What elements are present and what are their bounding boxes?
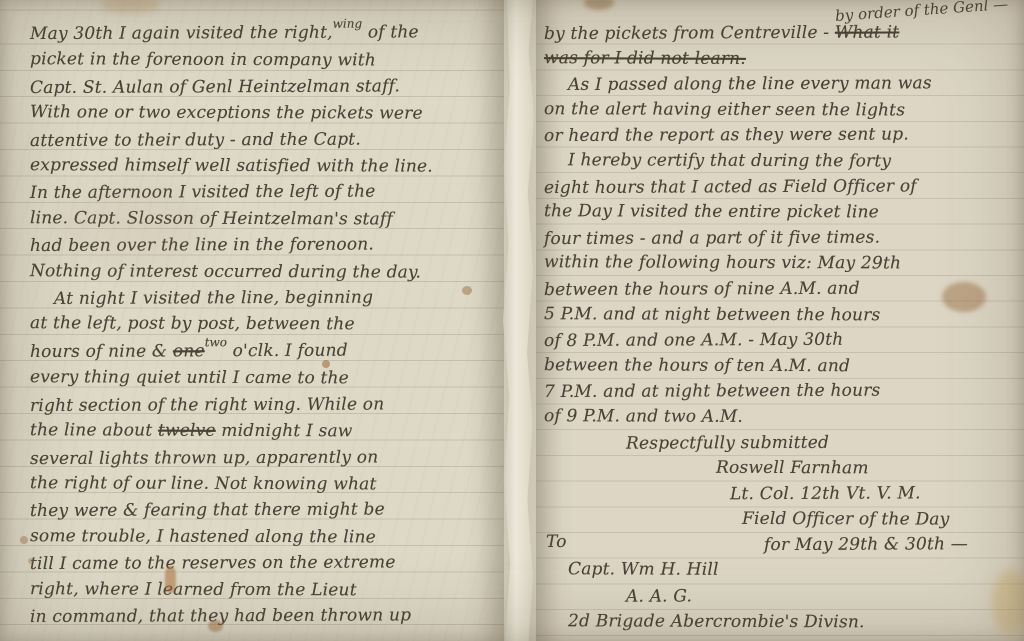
page-torn-edge bbox=[499, 0, 539, 641]
manuscript-line: of 8 P.M. and one A.M. - May 30th bbox=[544, 327, 1020, 355]
handwritten-text: on the alert having either seen the ligh… bbox=[544, 99, 905, 120]
manuscript-line: the line about twelve midnight I saw bbox=[30, 417, 500, 445]
manuscript-photo: May 30th I again visited the right,wing … bbox=[0, 0, 1024, 641]
handwritten-text: With one or two exceptions the pickets w… bbox=[30, 102, 423, 123]
manuscript-line: line. Capt. Slosson of Heintzelman's sta… bbox=[30, 205, 500, 233]
manuscript-line: they were & fearing that there might be bbox=[30, 496, 500, 524]
manuscript-line: was for I did not learn. bbox=[544, 46, 1020, 73]
manuscript-line: of 9 P.M. and two A.M. bbox=[544, 404, 1020, 431]
handwritten-text: by the pickets from Centreville - bbox=[544, 23, 835, 44]
manuscript-line: at the left, post by post, between the bbox=[30, 311, 500, 339]
manuscript-line: on the alert having either seen the ligh… bbox=[544, 97, 1020, 124]
manuscript-line: At night I visited the line, beginning bbox=[30, 284, 500, 312]
manuscript-line: had been over the line in the forenoon. bbox=[30, 231, 500, 259]
manuscript-line: within the following hours viz: May 29th bbox=[544, 251, 1020, 278]
handwritten-text: attentive to their duty - and the Capt. bbox=[30, 129, 361, 150]
handwritten-text: they were & fearing that there might be bbox=[30, 500, 385, 522]
handwritten-text: May 30th I again visited the right, bbox=[30, 23, 333, 44]
handwritten-text: of 9 P.M. and two A.M. bbox=[544, 406, 743, 427]
manuscript-line: eight hours that I acted as Field Office… bbox=[544, 174, 1020, 202]
struck-out-text: twelve bbox=[158, 421, 216, 441]
manuscript-line: Field Officer of the Day bbox=[544, 506, 1020, 533]
handwritten-text: within the following hours viz: May 29th bbox=[544, 253, 901, 274]
handwritten-text: four times - and a part of it five times… bbox=[544, 227, 880, 248]
manuscript-line: the Day I visited the entire picket line bbox=[544, 199, 1020, 226]
handwritten-text: Roswell Farnham bbox=[716, 458, 869, 479]
manuscript-line: In the afternoon I visited the left of t… bbox=[30, 178, 500, 206]
manuscript-line: Nothing of interest occurred during the … bbox=[30, 258, 500, 286]
manuscript-line: some trouble, I hastened along the line bbox=[30, 523, 500, 551]
manuscript-line: A. A. G. bbox=[544, 583, 1020, 611]
handwritten-text: some trouble, I hastened along the line bbox=[30, 526, 376, 547]
handwritten-text: till I came to the reserves on the extre… bbox=[30, 553, 396, 575]
manuscript-line: several lights thrown up, apparently on bbox=[30, 443, 500, 471]
manuscript-line: between the hours of nine A.M. and bbox=[544, 276, 1020, 304]
manuscript-line: Lt. Col. 12th Vt. V. M. bbox=[544, 481, 1020, 509]
handwritten-text: Field Officer of the Day bbox=[742, 509, 950, 530]
inserted-word-above: two bbox=[205, 335, 227, 349]
handwritten-text: right section of the right wing. While o… bbox=[30, 394, 384, 416]
handwritten-text: 5 P.M. and at night between the hours bbox=[544, 304, 881, 325]
manuscript-line: expressed himself well satisfied with th… bbox=[30, 152, 500, 180]
handwritten-text: expressed himself well satisfied with th… bbox=[30, 155, 433, 176]
manuscript-line: the right of our line. Not knowing what bbox=[30, 470, 500, 498]
handwritten-text: A. A. G. bbox=[626, 586, 692, 606]
handwritten-text: for May 29th & 30th — bbox=[764, 534, 968, 555]
left-page: May 30th I again visited the right,wing … bbox=[0, 0, 504, 641]
manuscript-line: right, where I learned from the Lieut bbox=[30, 576, 500, 604]
manuscript-line: Roswell Farnham bbox=[544, 455, 1020, 482]
right-page: by order of the Genl — by the pickets fr… bbox=[536, 0, 1024, 641]
handwritten-text: or heard the report as they were sent up… bbox=[544, 125, 909, 147]
manuscript-line: 7 P.M. and at night between the hours bbox=[544, 378, 1020, 406]
manuscript-line: attentive to their duty - and the Capt. bbox=[30, 126, 500, 154]
address-to-label: To bbox=[546, 530, 567, 556]
manuscript-line: hours of nine & onetwo o'clk. I found bbox=[30, 337, 500, 366]
inserted-word-above: wing bbox=[333, 17, 363, 31]
handwritten-text: In the afternoon I visited the left of t… bbox=[30, 182, 376, 204]
manuscript-line: till I came to the reserves on the extre… bbox=[30, 549, 500, 577]
handwritten-text: Lt. Col. 12th Vt. V. M. bbox=[730, 483, 921, 504]
handwritten-text: 2d Brigade Abercrombie's Divisn. bbox=[568, 611, 865, 632]
struck-out-text: was for I did not learn. bbox=[544, 48, 746, 69]
manuscript-line: by the pickets from Centreville - What i… bbox=[544, 20, 1020, 48]
manuscript-line: between the hours of ten A.M. and bbox=[544, 353, 1020, 380]
manuscript-line: 5 P.M. and at night between the hours bbox=[544, 302, 1020, 329]
manuscript-line: right section of the right wing. While o… bbox=[30, 391, 500, 419]
handwritten-text: eight hours that I acted as Field Office… bbox=[544, 176, 917, 198]
handwritten-text: I hereby certify that during the forty bbox=[568, 150, 891, 171]
manuscript-line: every thing quiet until I came to the bbox=[30, 364, 500, 392]
handwritten-text: in command, that they had been thrown up bbox=[30, 605, 411, 627]
handwritten-text: of the bbox=[362, 22, 419, 42]
manuscript-line: 2d Brigade Abercrombie's Divisn. bbox=[544, 609, 1020, 636]
handwritten-text: midnight I saw bbox=[216, 421, 353, 441]
handwritten-text: the right of our line. Not knowing what bbox=[30, 473, 377, 494]
handwritten-text: every thing quiet until I came to the bbox=[30, 367, 349, 388]
struck-out-text: What it bbox=[835, 22, 900, 42]
manuscript-line: in command, that they had been thrown up bbox=[30, 602, 500, 630]
manuscript-line: May 30th I again visited the right,wing … bbox=[30, 19, 500, 48]
manuscript-line: I hereby certify that during the forty bbox=[544, 148, 1020, 175]
handwritten-text: Capt. Wm H. Hill bbox=[568, 560, 719, 581]
manuscript-line: four times - and a part of it five times… bbox=[544, 225, 1020, 253]
manuscript-line: Tofor May 29th & 30th — bbox=[544, 532, 1020, 560]
handwritten-text: had been over the line in the forenoon. bbox=[30, 235, 374, 257]
handwritten-text: the line about bbox=[30, 420, 158, 440]
handwritten-text: several lights thrown up, apparently on bbox=[30, 447, 378, 469]
manuscript-line: Respectfully submitted bbox=[544, 429, 1020, 457]
handwritten-text: Respectfully submitted bbox=[626, 432, 829, 453]
handwritten-text: at the left, post by post, between the bbox=[30, 314, 355, 335]
handwritten-text: At night I visited the line, beginning bbox=[54, 288, 373, 309]
handwritten-text: As I passed along the line every man was bbox=[568, 74, 932, 96]
handwritten-text: o'clk. I found bbox=[227, 341, 348, 362]
handwritten-text: between the hours of ten A.M. and bbox=[544, 355, 850, 376]
manuscript-line: Capt. St. Aulan of Genl Heintzelman staf… bbox=[30, 73, 500, 101]
handwritten-text: between the hours of nine A.M. and bbox=[544, 279, 860, 300]
manuscript-line: Capt. Wm H. Hill bbox=[544, 558, 1020, 585]
handwritten-text: right, where I learned from the Lieut bbox=[30, 579, 357, 600]
handwritten-text: of 8 P.M. and one A.M. - May 30th bbox=[544, 330, 843, 351]
handwritten-text: Capt. St. Aulan of Genl Heintzelman staf… bbox=[30, 76, 400, 98]
right-page-text: by the pickets from Centreville - What i… bbox=[536, 0, 1024, 635]
handwritten-text: the Day I visited the entire picket line bbox=[544, 201, 879, 222]
manuscript-line: As I passed along the line every man was bbox=[544, 71, 1020, 99]
handwritten-text: hours of nine & bbox=[30, 341, 173, 362]
handwritten-text: Nothing of interest occurred during the … bbox=[30, 261, 421, 282]
left-page-text: May 30th I again visited the right,wing … bbox=[0, 0, 504, 629]
manuscript-line: With one or two exceptions the pickets w… bbox=[30, 99, 500, 127]
manuscript-line: or heard the report as they were sent up… bbox=[544, 122, 1020, 150]
handwritten-text: 7 P.M. and at night between the hours bbox=[544, 381, 881, 402]
manuscript-line: picket in the forenoon in company with bbox=[30, 47, 500, 75]
handwritten-text: line. Capt. Slosson of Heintzelman's sta… bbox=[30, 208, 393, 229]
handwritten-text: picket in the forenoon in company with bbox=[30, 50, 376, 71]
struck-out-text: one bbox=[173, 341, 205, 361]
